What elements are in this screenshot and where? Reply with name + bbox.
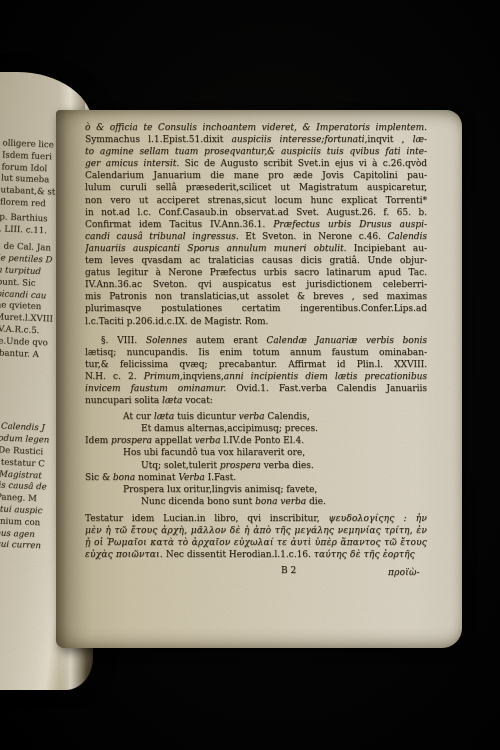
text-line: nuncupari solita læta vocat: <box>85 395 427 407</box>
right-page: ò & officia te Consulis inchoantem vider… <box>56 110 462 648</box>
text-line: ò & officia te Consulis inchoantem vider… <box>85 122 427 134</box>
text-line: Testatur idem Lucian.in libro, qvi inscr… <box>85 513 427 525</box>
text-line: mis Patronis non translaticias,ut assole… <box>85 291 427 303</box>
text-line: l.c.Taciti p.206.id.c.IX. de Magistr. Ro… <box>85 316 427 328</box>
text-line: to agmine sellam tuam proseqvantur,& aus… <box>85 146 427 158</box>
text-segment: Solennes <box>146 336 187 346</box>
text-segment: in not.ad l.c. Conf.Casaub.in observat.a… <box>85 208 427 218</box>
text-segment: Nunc dicenda bono sunt <box>141 497 255 507</box>
text-segment: Calendæ Januariæ verbis bonis <box>266 336 427 346</box>
text-segment: gatus legitur à Nerone Præfectus urbis s… <box>85 268 427 278</box>
text-segment: rebus agen <box>0 528 35 540</box>
text-line: gatus legitur à Nerone Præfectus urbis s… <box>85 267 427 279</box>
text-segment: utabant,& st <box>0 185 55 197</box>
text-segment: verba <box>195 436 221 446</box>
text-line: Sic & bona nominat Verba I.Fast. <box>85 472 427 484</box>
text-segment: modum legen <box>0 433 49 445</box>
text-line: plurimasqve postulationes certatim inger… <box>85 303 427 315</box>
text-line: μὲν ἡ τῶ ἔτους ἀρχὴ, μᾶλλον δὲ ἡ ἀπὸ τῆς… <box>85 525 427 537</box>
text-segment: iciis causâ de <box>0 480 47 492</box>
text-line: lulum curuli sellâ præsederit,scilicet u… <box>85 182 427 194</box>
text-segment: o, sui curren <box>0 539 41 551</box>
text-segment: IV.A.R.c.5. <box>0 324 40 336</box>
text-segment: tem leves qvasdam ac tralaticias causas … <box>85 256 427 266</box>
text-segment: n Paneg. M <box>0 492 37 504</box>
text-segment: læta <box>154 412 174 422</box>
text-line: N.H. c. 2. Primum,inqviens,anni incipien… <box>85 371 427 383</box>
text-segment: Confirmat idem Tacitus IV.Ann.36.1. <box>85 220 273 230</box>
text-line: Nunc dicenda bono sunt bona verba die. <box>85 496 427 508</box>
text-segment: tur,& felicissima qvæq; precabantur. Aff… <box>85 360 427 370</box>
text-segment: Ovid.1. Fast.verba Calendis Januariis <box>226 384 427 394</box>
text-line: εὐχὰς ποιῶνται. Nec dissentit Herodian.l… <box>85 549 427 561</box>
text-segment: prospera <box>111 436 152 446</box>
text-segment: ne qvieten <box>0 301 41 313</box>
paragraph-section-viii: §. VIII. Solennes autem erant Calendæ Ja… <box>85 335 427 408</box>
text-segment: inqvit , <box>367 135 412 145</box>
text-segment: nuncupari solita <box>85 396 162 406</box>
text-segment: læta <box>162 396 182 406</box>
book-photo: olligere liceIsdem fueriforum Idollut su… <box>0 0 500 750</box>
text-line: §. VIII. Solennes autem erant Calendæ Ja… <box>85 335 427 347</box>
text-segment: ie pentiles D <box>0 253 53 265</box>
text-segment: lætisq; nuncupandis. Iis enim totum annu… <box>85 348 427 358</box>
text-line: Utq; solet,tulerit prospera verba dies. <box>85 460 427 472</box>
text-line: ger amicus intersit. Sic de Augusto scri… <box>85 158 427 170</box>
text-segment: Januariis auspicanti Sporus annulum mune… <box>85 244 347 254</box>
text-segment: bona <box>113 473 135 483</box>
text-line: Hos ubi facundô tua vox hilaraverit ore, <box>85 447 427 459</box>
text-segment: die. <box>306 497 326 507</box>
text-segment: us tui auspic <box>0 504 43 516</box>
text-line: tem leves qvasdam ac tralaticias causas … <box>85 255 427 267</box>
text-segment: prospera <box>220 461 261 471</box>
text-line: invicem faustum ominamur. Ovid.1. Fast.v… <box>85 383 427 395</box>
text-segment: p. Barthius <box>0 212 48 224</box>
text-segment: Et damus alternas,accipimusq; preces. <box>141 424 318 434</box>
page-footer: B 2 προϊὼ- <box>85 565 427 579</box>
text-segment: omnium con <box>0 516 40 528</box>
text-line: candi causâ tribunal ingressus. Et Sveto… <box>85 231 427 243</box>
text-segment: Et Sveton. in Nerone c.46. <box>239 232 388 242</box>
text-segment: Incipiebant au- <box>347 244 428 254</box>
text-segment: N.H. c. 2. <box>85 372 144 382</box>
text-segment: ᾗ οἱ Ῥωμαῖοι κατὰ τὸ ἀρχαῖον εὐχωλαί τε … <box>85 538 427 548</box>
text-segment: bunt. Sic <box>0 277 36 289</box>
text-segment: Hos ubi facundô tua vox hilaraverit ore, <box>123 448 305 458</box>
text-segment: auspiciis interesse;fortunati, <box>231 135 367 145</box>
text-segment: tuis dicuntur <box>174 412 238 422</box>
text-segment: anni incipientis diem lætis precationibu… <box>224 372 427 382</box>
gathering-signature: B 2 <box>281 565 296 577</box>
text-segment: candi causâ tribunal ingressus. <box>85 232 239 242</box>
text-segment: vi Calendis J <box>0 421 45 433</box>
text-segment: vocat: <box>182 396 212 406</box>
text-segment: Muret.l.XVIII <box>0 312 53 324</box>
paragraph-lucian-greek: Testatur idem Lucian.in libro, qvi inscr… <box>85 513 427 561</box>
text-segment: nominat <box>135 473 178 483</box>
text-segment: ψευδολογίςης : ἦν <box>328 514 427 524</box>
text-line: Symmachus l.1.Epist.51.dixit auspiciis i… <box>85 134 427 146</box>
text-segment: Utq; solet,tulerit <box>141 461 220 471</box>
text-segment: r. De Rustici <box>0 445 43 457</box>
text-segment: At cur <box>123 412 154 422</box>
text-segment: lut sumeba <box>1 174 50 186</box>
text-segment: invicem faustum ominamur. <box>85 384 226 394</box>
text-segment: IV.Ann.36.ac Sveton. qvi auspicatus est … <box>85 280 427 290</box>
text-segment: florem red <box>0 197 46 209</box>
text-segment: verba <box>239 412 265 422</box>
text-segment: . LIII. c.11. <box>0 224 47 236</box>
text-line: Calendarium Januarium die mane pro æde J… <box>85 170 427 182</box>
text-segment: bona verba <box>255 497 306 507</box>
text-line: Confirmat idem Tacitus IV.Ann.36.1. Præf… <box>85 219 427 231</box>
text-segment: Idem <box>85 436 111 446</box>
text-line: Et damus alternas,accipimusq; preces. <box>85 423 427 435</box>
text-segment: mis Patronis non translaticias,ut assole… <box>85 292 427 302</box>
text-segment: non vero ut acciperet strenas,sicut locu… <box>85 196 427 206</box>
text-segment: Calendis, <box>264 412 309 422</box>
text-segment: picandi cau <box>0 289 47 301</box>
text-segment: ταύτης δὲ τῆς ἑορτῆς <box>314 550 415 560</box>
text-segment: Prospera lux oritur,lingvis animisq; fav… <box>123 485 317 495</box>
text-segment: plurimasqve postulationes certatim inger… <box>85 304 427 314</box>
verse-quotations: At cur læta tuis dicuntur verba Calendis… <box>85 411 427 508</box>
text-segment: verba dies. <box>261 461 314 471</box>
text-line: ᾗ οἱ Ῥωμαῖοι κατὰ τὸ ἀρχαῖον εὐχωλαί τε … <box>85 537 427 549</box>
text-segment: Præfectus urbis Drusus auspi- <box>273 220 427 230</box>
text-line: Idem prospera appellat verba l.IV.de Pon… <box>85 435 427 447</box>
text-segment: Symmachus l.1.Epist.51.dixit <box>85 135 231 145</box>
text-segment: Calendis <box>387 232 427 242</box>
text-segment: Isdem fueri <box>2 150 52 162</box>
text-segment: & Magistrat <box>0 469 42 481</box>
text-segment: a turpitud <box>0 265 41 277</box>
text-segment: re.Unde qvo <box>0 336 48 348</box>
paragraph-continuation: ò & officia te Consulis inchoantem vider… <box>85 122 427 328</box>
text-segment: Calendarium Januarium die mane pro æde J… <box>85 171 427 181</box>
text-segment: olligere lice <box>2 138 54 150</box>
text-segment: §. VIII. <box>101 336 146 346</box>
text-line: non vero ut acciperet strenas,sicut locu… <box>85 195 427 207</box>
text-segment: appellat <box>152 436 195 446</box>
text-segment: Sic de Augusto scribit Svet.in ejus vi à… <box>179 159 427 169</box>
text-segment: l.c.Taciti p.206.id.c.IX. de Magistr. Ro… <box>85 317 268 327</box>
text-segment: ò & officia te Consulis inchoantem vider… <box>85 123 427 133</box>
text-segment: inqviens, <box>183 372 224 382</box>
text-line: tur,& felicissima qvæq; precabantur. Aff… <box>85 359 427 371</box>
text-segment: læ- <box>413 135 427 145</box>
text-line: lætisq; nuncupandis. Iis enim totum annu… <box>85 347 427 359</box>
page-text-block: ò & officia te Consulis inchoantem vider… <box>85 122 427 579</box>
text-segment: ger amicus intersit. <box>85 159 179 169</box>
text-segment: abantur. A <box>0 348 39 360</box>
text-line: IV.Ann.36.ac Sveton. qvi auspicatus est … <box>85 279 427 291</box>
text-segment: εὐχὰς ποιῶνται. <box>85 550 163 560</box>
catchword: προϊὼ- <box>388 567 420 579</box>
text-segment: nt testatur C <box>0 457 45 469</box>
text-segment: Primum, <box>144 372 183 382</box>
text-segment: l.IV.de Ponto El.4. <box>220 436 304 446</box>
text-line: Prospera lux oritur,lingvis animisq; fav… <box>85 484 427 496</box>
text-segment: autem erant <box>187 336 266 346</box>
text-segment: Testatur idem Lucian.in libro, qvi inscr… <box>85 514 328 524</box>
text-line: Januariis auspicanti Sporus annulum mune… <box>85 243 427 255</box>
text-segment: Verba <box>178 473 204 483</box>
text-segment: lulum curuli sellâ præsederit,scilicet u… <box>85 183 427 193</box>
text-segment: μὲν ἡ τῶ ἔτους ἀρχὴ, μᾶλλον δὲ ἡ ἀπὸ τῆς… <box>85 526 427 536</box>
text-segment: I.Fast. <box>205 473 236 483</box>
text-line: At cur læta tuis dicuntur verba Calendis… <box>85 411 427 423</box>
text-segment: Nec dissentit Herodian.l.1.c.16. <box>163 550 314 560</box>
text-segment: forum Idol <box>1 162 47 174</box>
text-line: in not.ad l.c. Conf.Casaub.in observat.a… <box>85 207 427 219</box>
text-segment: Sic & <box>85 473 113 483</box>
text-segment: to agmine sellam tuam proseqvantur,& aus… <box>85 147 427 157</box>
text-segment: . de Cal. Jan <box>0 242 51 254</box>
